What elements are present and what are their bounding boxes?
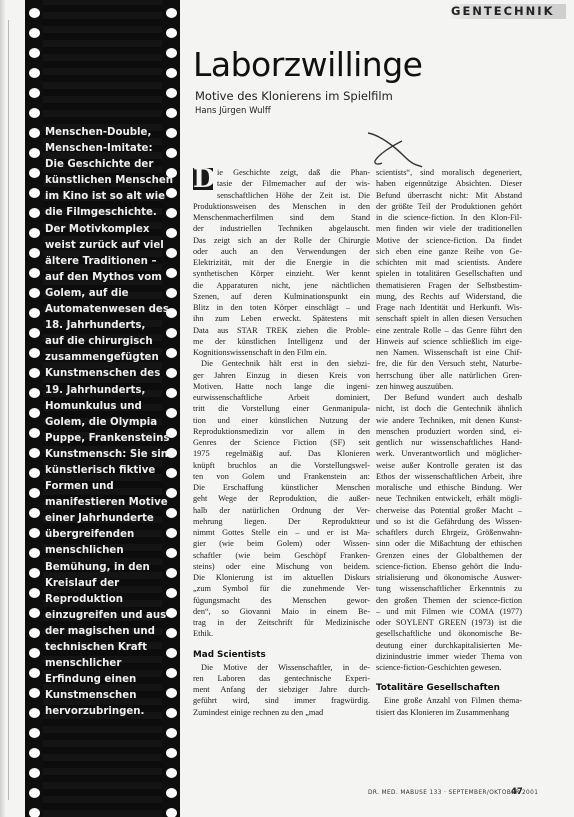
sprocket-hole [29,8,40,18]
text-line: die Apparaturen nicht, jene nächtlichen [193,280,370,291]
section-tag: GENTECHNIK [448,4,566,19]
sprocket-hole [29,448,40,458]
text-line: Die Erschaffung künstlicher Menschen [193,482,370,493]
quote-line: Kunstmensch: Sie sind [45,447,173,463]
text-line: „zum Symbol für die zunehmende Ver- [193,583,370,594]
text-line: Der Befund wundert auch deshalb [376,392,522,403]
sprocket-hole [29,628,40,638]
text-line: Ethik. [193,628,370,639]
sprocket-hole [29,388,40,398]
text-line: strialisierung und ökonomische Auswer- [376,572,522,583]
quote-line: weist zurück auf viel [45,238,173,254]
sprocket-hole [29,108,40,118]
quote-line: Kreislauf der [45,576,173,592]
text-line: oder auch an den Verwendungen der [193,246,370,257]
text-line: spielen in totalitären Gesellschaften un… [376,268,522,279]
quote-line: zusammengefügten [45,350,173,366]
text-line: in die science-fiction. In den Klon-Fil- [376,212,522,223]
text-line: menschen produziert worden sind, ei- [376,426,522,437]
sprocket-hole [29,568,40,578]
text-line: science-fiction. Ebenso gehört die Indu- [376,561,522,572]
quote-line: hervorzubringen. [45,704,173,720]
text-line: schaftler (wie beim Geschöpf Franken- [193,550,370,561]
text-line: weise außer Kontrolle geraten ist das [376,460,522,471]
quote-line: auf den Mythos vom [45,270,173,286]
text-line: tisiert das Klonieren im Zusammenhang [376,707,522,718]
text-line: haben eigennützige Absichten. Dieser [376,178,522,189]
sprocket-hole [29,688,40,698]
sprocket-hole [29,168,40,178]
text-line: und so ist die Gefährdung des Wissen- [376,516,522,527]
text-line: moralische und ethische Bindung. Wer [376,482,522,493]
text-line: Befund überrascht nicht: Mit Abstand [376,190,522,201]
drop-cap: D [193,168,213,190]
body-column-1: D ie Geschichte zeigt, daß die Phan-tasi… [193,167,370,718]
sprocket-hole [29,28,40,38]
text-line: scientists“, sind moralisch degeneriert, [376,167,522,178]
text-line: nicht, ist doch die Gentechnik ähnlich [376,403,522,414]
sprocket-hole [29,88,40,98]
text-line: gentlich nur wissenschaftliches Hand- [376,437,522,448]
quote-line: Erfindung einen [45,672,173,688]
quote-line: künstlerisch fiktive [45,463,173,479]
text-line: gesellschaftliche und ökonomische Be- [376,628,522,639]
page-number: 47 [511,787,523,797]
sprocket-hole [166,68,177,78]
text-line: wie andere Techniken, mit denen Kunst- [376,415,522,426]
text-line: eine zentrale Rolle – das Genre führt de… [376,325,522,336]
quote-line: Menschen-Imitate: [45,141,173,157]
sprocket-hole [29,608,40,618]
text-line: werk. Unverantwortlich und möglicher- [376,448,522,459]
article-author: Hans Jürgen Wulff [195,106,271,116]
text-line: tung wissenschaftlicher Erkenntnis zu [376,583,522,594]
text-line: ten von Golem und Frankenstein an: [193,471,370,482]
page-edge-shadow [0,0,6,817]
text-line: der industriellen Techniken abgelauscht. [193,223,370,234]
quote-line: Automatenwesen des [45,302,173,318]
text-line: Die Gentechnik hält erst in den siebzi- [193,358,370,369]
text-line: Produktionsweisen des Menschen in den [193,201,370,212]
text-line: nen Namen. Wissenschaft ist eine Chif- [376,347,522,358]
quote-line: im Kino ist so alt wie [45,189,173,205]
text-line: mung, des Rechts auf Widerstand, die [376,291,522,302]
text-line: Elektrizität, mit der die Energie in die [193,257,370,268]
section-tag-label: GENTECHNIK [451,4,555,18]
section-heading: Mad Scientists [193,649,370,662]
quote-line: Puppe, Frankensteins [45,431,173,447]
text-line: schaftlers durch Ehrgeiz, Größenwahn- [376,527,522,538]
text-line: Kognitionswissenschaft in den Film ein. [193,347,370,358]
sprocket-hole [29,748,40,758]
quote-line: die Filmgeschichte. [45,205,173,221]
text-line: Genres der Science Fiction (SF) seit [193,437,370,448]
paragraph: D ie Geschichte zeigt, daß die Phan-tasi… [193,167,370,358]
article-title: Laborzwillinge [193,46,422,84]
text-line: Grenzen eines der Globalthemen der [376,550,522,561]
sprocket-hole [29,668,40,678]
sprocket-hole [29,788,40,798]
sprocket-hole [29,728,40,738]
sprocket-hole [166,748,177,758]
quote-line: technischen Kraft [45,640,173,656]
sprocket-hole [29,488,40,498]
text-line: nimmt Gottes Stelle ein – und er ist Ma- [193,527,370,538]
page-edge-line [8,20,9,800]
text-line: fügungsmacht des Menschen gewor- [193,595,370,606]
text-line: tritt die Vorstellung einer Genmanipula- [193,403,370,414]
text-line: herrschung über alle natürlichen Gren- [376,370,522,381]
quote-line: Reproduktion [45,592,173,608]
text-line: ihn zum Leben erweckt. Spätestens mit [193,313,370,324]
sprocket-hole [29,348,40,358]
sprocket-hole [29,408,40,418]
quote-line: Menschen-Double, [45,125,173,141]
text-line: Das zeigt sich an der Rolle der Chirurgi… [193,235,370,246]
quote-line: einzugreifen und aus [45,608,173,624]
text-line: Eine große Anzahl von Filmen thema- [376,695,522,706]
quote-line: menschlicher [45,656,173,672]
sprocket-hole [29,148,40,158]
quote-line: Golem, die Olympia [45,415,173,431]
quote-line: Der Motivkomplex [45,222,173,238]
text-line: men finden wir viele der traditionellen [376,223,522,234]
paragraph: Eine große Anzahl von Filmen thema-tisie… [376,695,522,718]
text-line: den großen Themen der science-fiction [376,595,522,606]
section-heading: Totalitäre Gesellschaften [376,682,522,695]
text-line: fre, die für den Versuch steht, Naturbe- [376,358,522,369]
text-line: gier (wie beim Golem) oder Wissen- [193,538,370,549]
quote-line: Formen und [45,479,173,495]
sprocket-hole [29,368,40,378]
sprocket-hole [29,68,40,78]
text-line: ren Laboren das gentechnische Experi- [193,673,370,684]
text-line: Die Motive der Wissenschaftler, in de- [193,662,370,673]
sprocket-hole [29,768,40,778]
sprocket-hole [29,588,40,598]
sprocket-hole [29,528,40,538]
text-line: der größte Teil der Produktionen gehört [376,201,522,212]
sprocket-hole [166,728,177,738]
sprocket-hole [29,648,40,658]
text-line: synthetischen Körper einzieht. Wer kennt [193,268,370,279]
text-line: Die Klonierung ist im aktuellen Diskurs [193,572,370,583]
text-line: steins) oder eine Mischung von beidem. [193,561,370,572]
article-subtitle: Motive des Klonierens im Spielfilm [195,89,393,103]
text-line: – und mit Filmen wie COMA (1977) [376,606,522,617]
sprocket-hole [29,548,40,558]
text-line: thematisieren Fragen der Selbstbestim- [376,280,522,291]
text-line: eurwissenschaftliche Arbeit dominiert, [193,392,370,403]
quote-line: Homunkulus und [45,399,173,415]
text-line: neue Techniken entwickelt, erhält mögli- [376,493,522,504]
quote-line: menschlichen [45,543,173,559]
text-line: science-fiction-Geschichten gewesen. [376,662,522,673]
pen-mark-icon [360,125,430,170]
sprocket-hole [166,48,177,58]
text-line: trag in der Zeitschrift für Medizinische [193,617,370,628]
text-line: schichten mit mad scientists. Andere [376,257,522,268]
quote-line: Kunstmenschen des [45,366,173,382]
text-line: sinn oder die Mißachtung der ethischen [376,538,522,549]
text-line: Hinweis auf science schließlich im eige- [376,336,522,347]
sprocket-hole [29,328,40,338]
paragraph: Die Motive der Wissenschaftler, in de-re… [193,662,370,718]
text-line: knüpft bruchlos an die Vorstellungswel- [193,460,370,471]
sprocket-hole [29,428,40,438]
sprocket-hole [166,768,177,778]
sprocket-hole [29,188,40,198]
text-line: Zumindest einige rechnen zu den „mad [193,707,370,718]
sidebar-quote: Menschen-Double,Menschen-Imitate:Die Ges… [45,125,173,720]
text-line: ie Geschichte zeigt, daß die Phan- [217,167,370,178]
sprocket-hole [29,308,40,318]
text-line: mehrung liegen. Der Reproduktteur [193,516,370,527]
text-line: ment Anfang der siebziger Jahre durch- [193,684,370,695]
sprocket-hole [29,708,40,718]
text-line: Blitz in den toten Körper einschlägt – u… [193,302,370,313]
quote-line: 18. Jahrhunderts, [45,318,173,334]
text-line: tion und einer künstlichen Nutzung der [193,415,370,426]
text-line: Data aus STAR TREK ziehen die Proble- [193,325,370,336]
text-line: Menschenmacherfilmen sind dem Stand [193,212,370,223]
quote-line: 19. Jahrhunderts, [45,383,173,399]
text-line: me der künstlichen Intelligenz und der [193,336,370,347]
sprocket-hole [166,8,177,18]
text-line: Motive der science-fiction. Da findet [376,235,522,246]
text-line: Szenen, auf deren Kulminationspunkt ein [193,291,370,302]
text-line: deutung einer durchkapitalisierten Me- [376,640,522,651]
quote-line: Bemühung, in den [45,560,173,576]
text-line: senschaft spielt in allen diesen Versuch… [376,313,522,324]
sprocket-hole [166,28,177,38]
text-line: 1975 regelmäßig auf. Das Klonieren [193,448,370,459]
sprocket-hole [29,48,40,58]
quote-line: der magischen und [45,624,173,640]
sprocket-hole [166,808,177,817]
sprocket-hole [29,128,40,138]
text-line: halb der natürlichen Ordnung der Ver- [193,505,370,516]
quote-line: manifestieren Motive [45,495,173,511]
quote-line: Golem, auf die [45,286,173,302]
text-line: tasie der Filmemacher auf der wis- [217,178,370,189]
text-line: Reproduktionsmedizin vor allem in den [193,426,370,437]
text-line: ger Jahren Einzug in diesen Kreis von [193,370,370,381]
quote-line: ältere Traditionen – [45,254,173,270]
sprocket-hole [166,88,177,98]
text-line: oder SOYLENT GREEN (1973) ist die [376,617,522,628]
sprocket-hole [29,288,40,298]
sprocket-hole [29,268,40,278]
sprocket-hole [29,468,40,478]
sprocket-hole [29,228,40,238]
text-line: cherweise das Potential großer Macht – [376,505,522,516]
body-column-2: scientists“, sind moralisch degeneriert,… [376,167,522,718]
sprocket-hole [29,508,40,518]
text-line: zen hinweg auszuüben. [376,381,522,392]
text-line: Frage nach Identität und Herkunft. Wis- [376,302,522,313]
paragraph: scientists“, sind moralisch degeneriert,… [376,167,522,392]
quote-line: künstlichen Menschen [45,173,173,189]
text-line: Ethos der wissenschaftlichen Arbeit, ihr… [376,471,522,482]
sprocket-hole [166,108,177,118]
text-line: geht Wege der Reproduktion, die außer- [193,493,370,504]
quote-line: Kunstmenschen [45,688,173,704]
text-line: senschaftlichen Höhe der Zeit ist. Die [217,190,370,201]
text-line: den“, so Giovanni Maio in einem Be- [193,606,370,617]
paragraph: Die Gentechnik hält erst in den siebzi-g… [193,358,370,639]
quote-line: Die Geschichte der [45,157,173,173]
sprocket-hole [166,788,177,798]
text-line: geführt wird, sind immer fragwürdig. [193,695,370,706]
text-line: sich eben eine ganze Reihe von Ge- [376,246,522,257]
text-line: dizinindustrie immer wieder Thema von [376,651,522,662]
text-line: Motiven. Hatte noch lange die ingeni- [193,381,370,392]
sprocket-hole [29,248,40,258]
sprocket-hole [29,808,40,817]
quote-line: übergreifenden [45,527,173,543]
paragraph: Der Befund wundert auch deshalbnicht, is… [376,392,522,673]
quote-line: auf die chirurgisch [45,334,173,350]
quote-line: einer Jahrhunderte [45,511,173,527]
sprocket-hole [29,208,40,218]
